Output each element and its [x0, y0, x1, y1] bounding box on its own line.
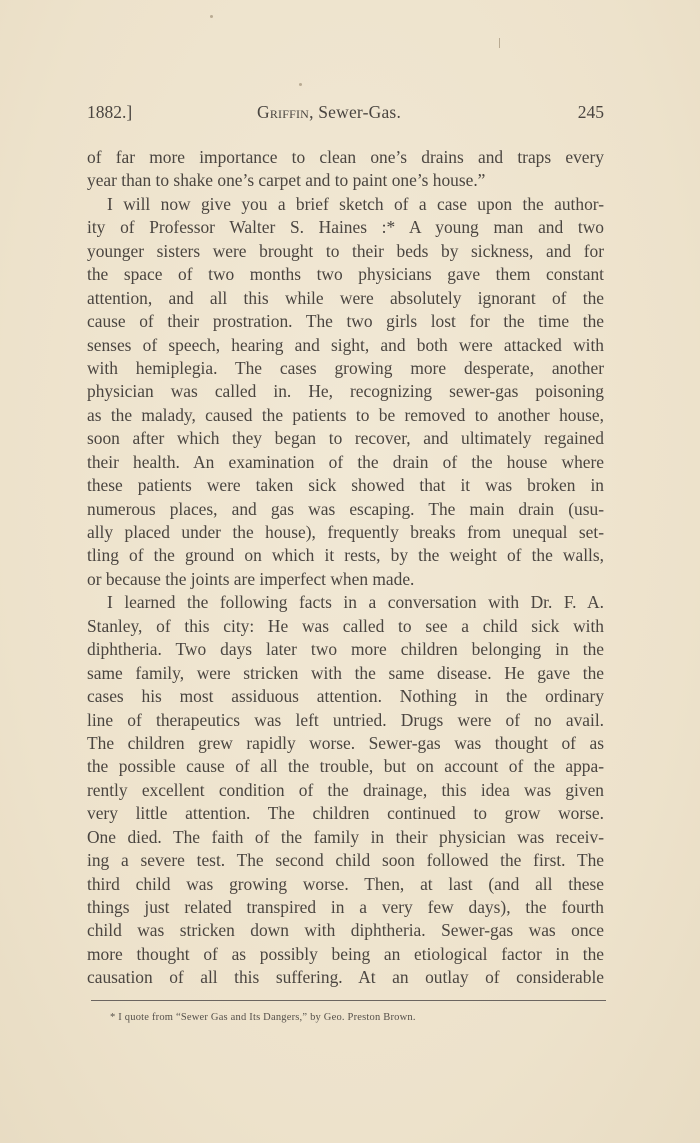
text-line: same family, were stricken with the same…	[87, 662, 604, 685]
text-line: numerous places, and gas was escaping. T…	[87, 498, 604, 521]
text-line: child was stricken down with diphtheria.…	[87, 919, 604, 942]
text-line: year than to shake one’s carpet and to p…	[87, 169, 604, 192]
text-line: line of therapeutics was left untried. D…	[87, 709, 604, 732]
text-line: the space of two months two physicians g…	[87, 263, 604, 286]
footnote-rule	[91, 1000, 606, 1001]
text-line: diphtheria. Two days later two more chil…	[87, 638, 604, 661]
text-line: younger sisters were brought to their be…	[87, 240, 604, 263]
running-head-subject: , Sewer-Gas.	[309, 102, 401, 122]
text-line: cases his most assiduous attention. Noth…	[87, 685, 604, 708]
text-line: ing a severe test. The second child soon…	[87, 849, 604, 872]
running-head: 1882.] Griffin, Sewer-Gas. 245	[87, 100, 604, 124]
text-line: I will now give you a brief sketch of a …	[87, 193, 604, 216]
running-head-title: Griffin, Sewer-Gas.	[257, 100, 401, 124]
text-line: things just related transpired in a very…	[87, 896, 604, 919]
text-line: these patients were taken sick showed th…	[87, 474, 604, 497]
text-line: their health. An examination of the drai…	[87, 451, 604, 474]
text-line: causation of all this suffering. At an o…	[87, 966, 604, 989]
running-head-author: Griffin	[257, 102, 309, 122]
text-line: Stanley, of this city: He was called to …	[87, 615, 604, 638]
text-line: with hemiplegia. The cases growing more …	[87, 357, 604, 380]
running-head-year: 1882.]	[87, 100, 132, 124]
text-line: as the malady, caused the patients to be…	[87, 404, 604, 427]
text-line: soon after which they began to recover, …	[87, 427, 604, 450]
body-text: of far more importance to clean one’s dr…	[87, 146, 604, 990]
text-line: senses of speech, hearing and sight, and…	[87, 334, 604, 357]
text-line: rently excellent condition of the draina…	[87, 779, 604, 802]
text-line: One died. The faith of the family in the…	[87, 826, 604, 849]
footnote: * I quote from “Sewer Gas and Its Danger…	[110, 1011, 416, 1025]
text-line: of far more importance to clean one’s dr…	[87, 146, 604, 169]
text-line: The children grew rapidly worse. Sewer-g…	[87, 732, 604, 755]
paper-speck	[299, 83, 302, 86]
text-line: physician was called in. He, recognizing…	[87, 380, 604, 403]
text-line: or because the joints are imperfect when…	[87, 568, 604, 591]
book-page: 1882.] Griffin, Sewer-Gas. 245 of far mo…	[0, 0, 700, 1143]
page-number: 245	[578, 100, 604, 124]
paper-speck	[210, 15, 213, 18]
text-line: ally placed under the house), frequently…	[87, 521, 604, 544]
text-line: ity of Professor Walter S. Haines :* A y…	[87, 216, 604, 239]
text-line: attention, and all this while were absol…	[87, 287, 604, 310]
text-line: third child was growing worse. Then, at …	[87, 873, 604, 896]
paper-speck	[499, 38, 500, 48]
text-line: the possible cause of all the trouble, b…	[87, 755, 604, 778]
text-line: I learned the following facts in a conve…	[87, 591, 604, 614]
text-line: tling of the ground on which it rests, b…	[87, 544, 604, 567]
text-line: cause of their prostration. The two girl…	[87, 310, 604, 333]
text-line: more thought of as possibly being an eti…	[87, 943, 604, 966]
text-line: very little attention. The children cont…	[87, 802, 604, 825]
